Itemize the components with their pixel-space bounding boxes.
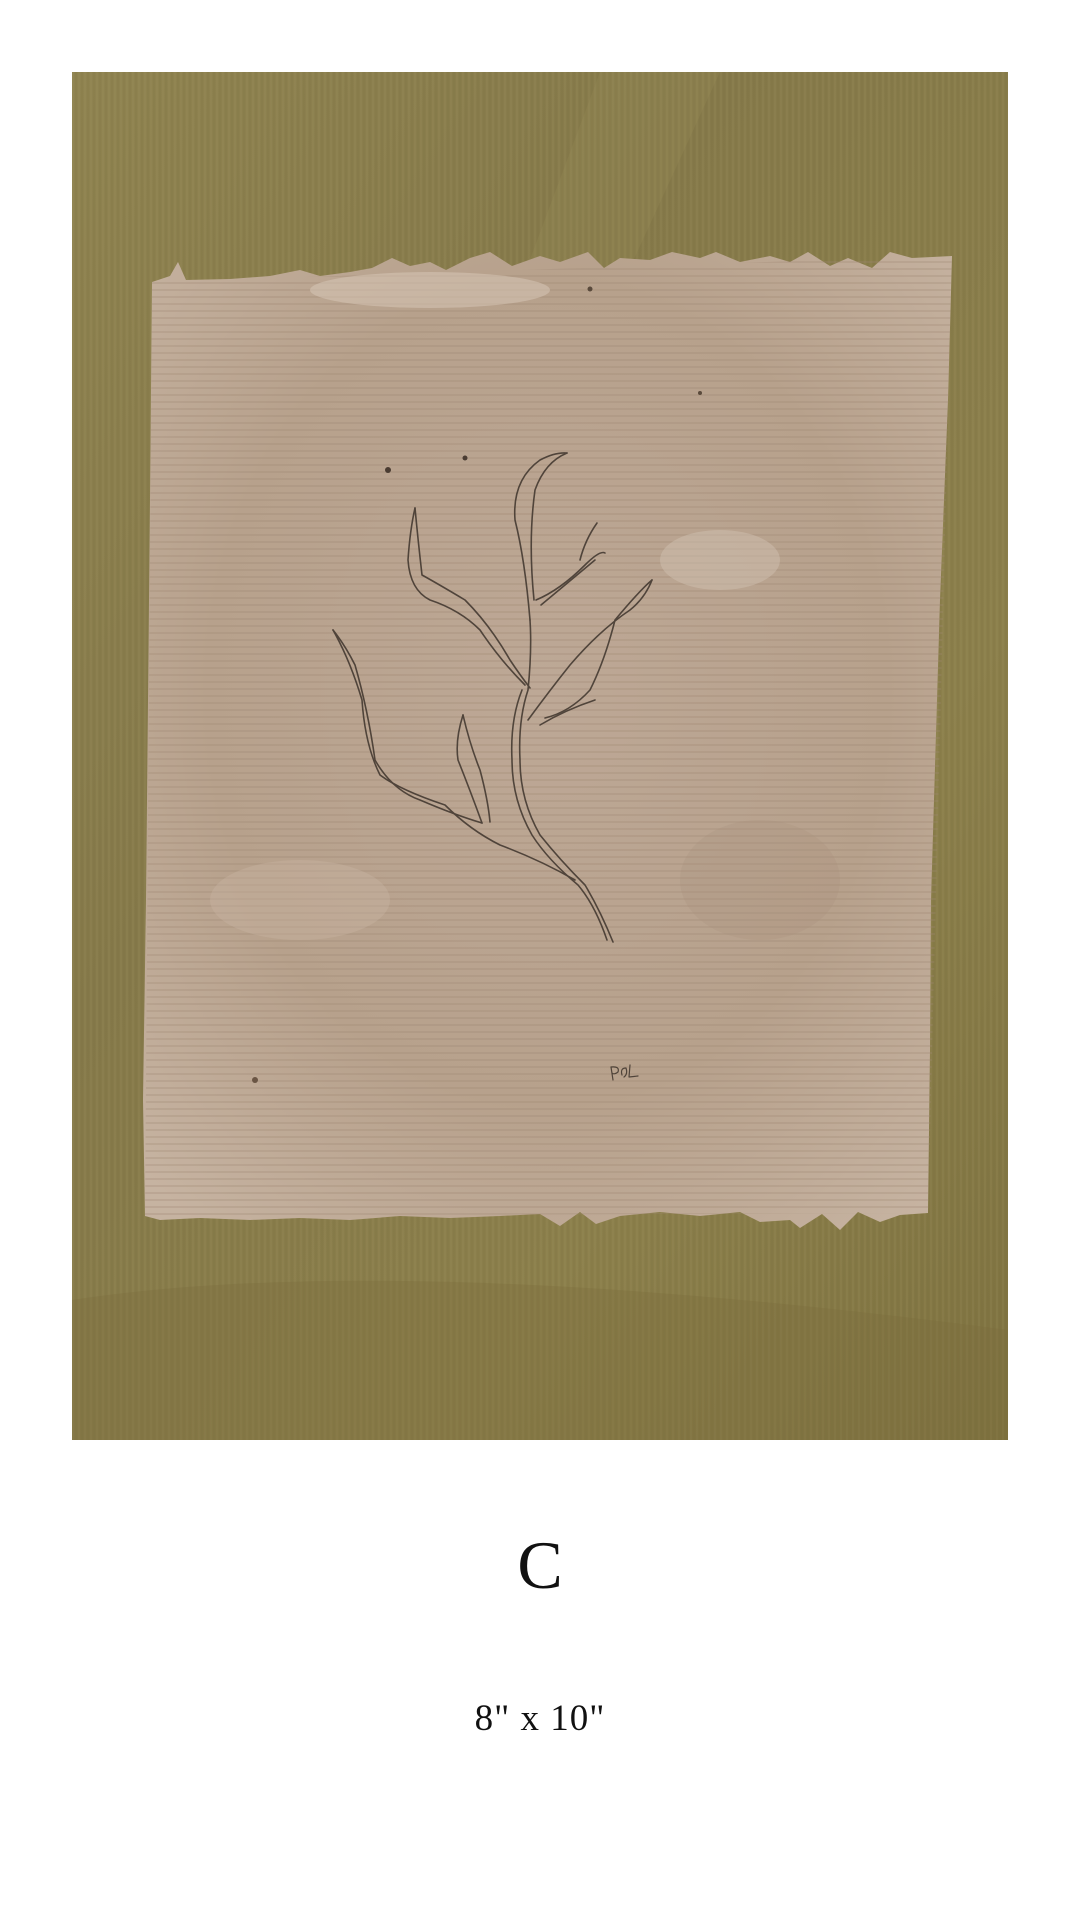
handmade-paper bbox=[143, 252, 952, 1230]
artwork-image bbox=[72, 72, 1008, 1440]
artwork-title: C bbox=[0, 1520, 1080, 1610]
artwork-dimensions: 8" x 10" bbox=[0, 1694, 1080, 1744]
